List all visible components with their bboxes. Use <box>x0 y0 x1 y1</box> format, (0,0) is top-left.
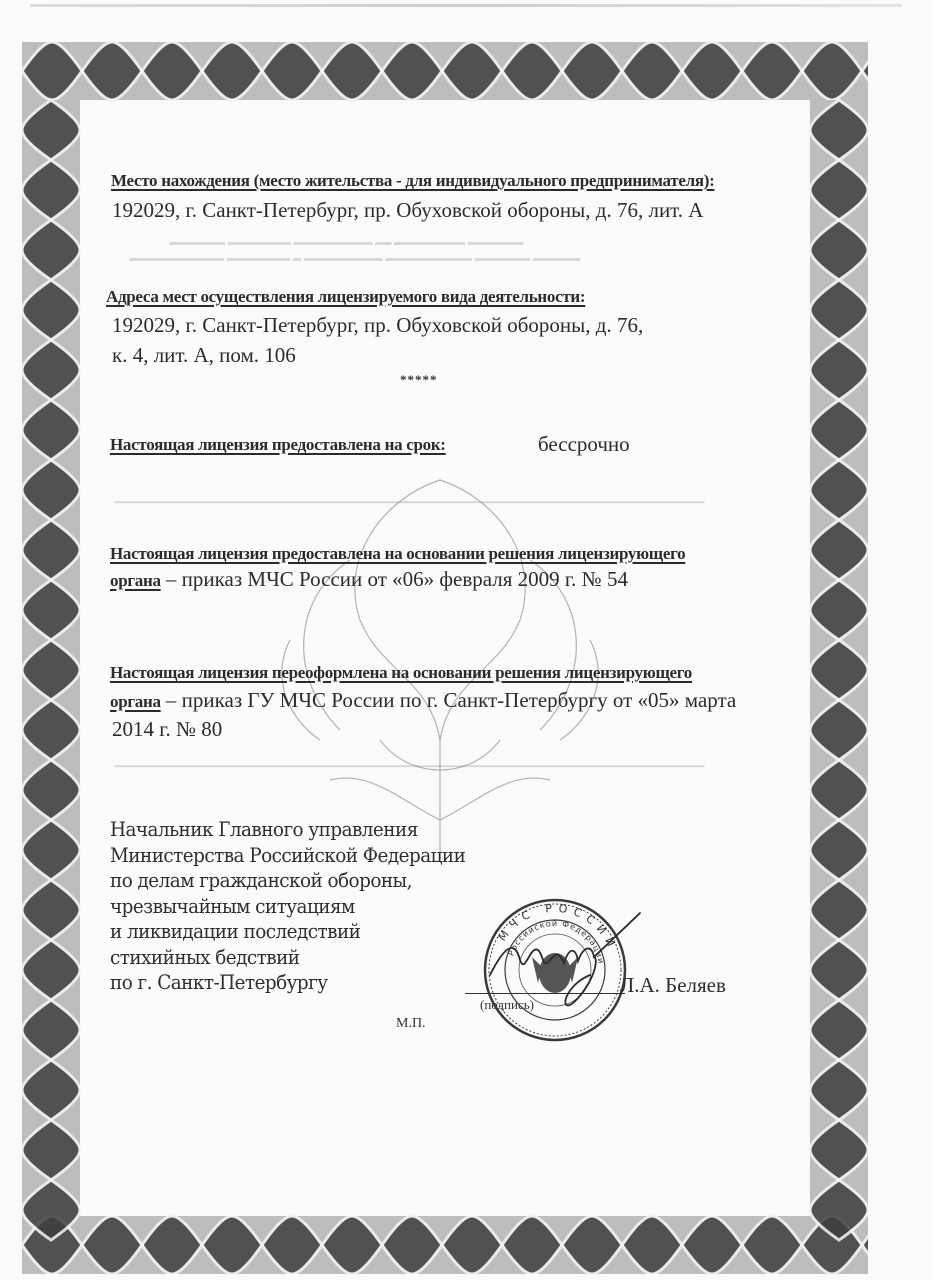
location-label: Место нахождения (место жительства - для… <box>111 171 714 191</box>
signatory-title-line: по делам гражданской обороны, <box>110 868 465 894</box>
term-value: бессрочно <box>538 432 630 457</box>
reissue-order-line: органа – приказ ГУ МЧС России по г. Санк… <box>110 688 736 713</box>
basis-label: Настоящая лицензия предоставлена на осно… <box>110 544 685 564</box>
signatory-title-line: стихийных бедствий <box>110 945 465 971</box>
basis-label-organ: органа <box>110 571 161 590</box>
bleed-through-text: ━━━━━━━ ━━━━━━━━ ━━━━━━━━━━ ━━ ━━━━━━━━━… <box>170 236 523 252</box>
activity-address-line-1: 192029, г. Санкт-Петербург, пр. Обуховск… <box>112 313 643 338</box>
location-value: 192029, г. Санкт-Петербург, пр. Обуховск… <box>112 198 703 223</box>
section-separator: ***** <box>400 372 438 388</box>
signature-caption: (подпись) <box>480 997 534 1013</box>
activity-address-label: Адреса мест осуществления лицензируемого… <box>106 287 585 307</box>
reissue-order-text: – приказ ГУ МЧС России по г. Санкт-Петер… <box>161 688 737 712</box>
signatory-title-line: Начальник Главного управления <box>110 817 465 843</box>
reissue-order-date: 2014 г. № 80 <box>112 717 222 742</box>
signatory-title: Начальник Главного управления Министерст… <box>110 817 465 996</box>
seal-mark: М.П. <box>396 1016 426 1032</box>
signatory-title-line: Министерства Российской Федерации <box>110 843 465 869</box>
reissue-label-organ: органа <box>110 692 161 711</box>
reissue-label: Настоящая лицензия переоформлена на осно… <box>110 663 692 683</box>
emblem-watermark <box>230 440 650 880</box>
activity-address-line-2: к. 4, лит. А, пом. 106 <box>112 343 296 368</box>
basis-order-text: – приказ МЧС России от «06» февраля 2009… <box>161 567 628 591</box>
document-page: ━━━━━━━ ━━━━━━━━ ━━━━━━━━━━ ━━ ━━━━━━━━━… <box>0 0 932 1280</box>
signatory-name: Л.А. Беляев <box>620 973 726 998</box>
signatory-title-line: чрезвычайным ситуациям <box>110 894 465 920</box>
signature-line <box>465 993 625 994</box>
term-label: Настоящая лицензия предоставлена на срок… <box>110 435 446 455</box>
bleed-through-text: ━━━━━━━━━━━━ ━━━━━━━━ ━ ━━━━━━━━━━ ━━━━━… <box>130 252 580 268</box>
signatory-title-line: по г. Санкт-Петербургу <box>110 970 465 996</box>
signatory-title-line: и ликвидации последствий <box>110 919 465 945</box>
basis-order-line: органа – приказ МЧС России от «06» февра… <box>110 567 628 592</box>
